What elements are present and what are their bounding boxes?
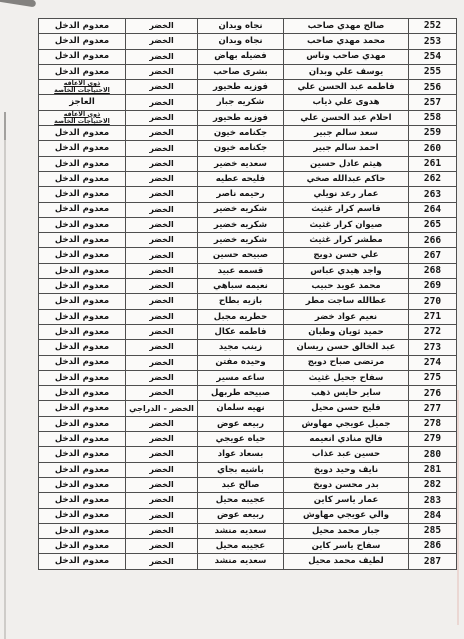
mother-name-cell: سعديه منشد: [198, 523, 284, 538]
mother-name-cell: قسمه عبيد: [198, 263, 284, 278]
serial-number-cell: 255: [409, 64, 457, 79]
status-cell: معدوم الدخل: [39, 432, 126, 447]
mother-name-cell: فاطمه عكال: [198, 324, 284, 339]
table-row: 260 احمد سالم جبير جكنامه خيون الخضر معد…: [39, 141, 457, 156]
serial-number-cell: 252: [409, 19, 457, 34]
mother-name-cell: فليحه عطيه: [198, 171, 284, 186]
region-cell: الخضر: [126, 432, 198, 447]
serial-number-cell: 259: [409, 126, 457, 141]
region-cell: الخضر: [126, 156, 198, 171]
mother-name-cell: حياه عويجي: [198, 432, 284, 447]
table-row: 271 نعيم عواد خضر حطريه مجبل الخضر معدوم…: [39, 309, 457, 324]
table-row: 264 قاسم كرار غثيث شكريه خضير الخضر معدو…: [39, 202, 457, 217]
status-cell: معدوم الدخل: [39, 477, 126, 492]
region-cell: الخضر: [126, 477, 198, 492]
table-row: 286 سفاح ياسر كاين عجيبه محيل الخضر معدو…: [39, 539, 457, 554]
region-cell: الخضر: [126, 19, 198, 34]
table-row: 277 فليح حسن محيل نهيه سلمان الخضر - الد…: [39, 401, 457, 416]
status-cell: معدوم الدخل: [39, 34, 126, 49]
table-row: 283 عمار ياسر كاين عجيبه محيل الخضر معدو…: [39, 493, 457, 508]
serial-number-cell: 266: [409, 233, 457, 248]
mother-name-cell: صبيحه حسين: [198, 248, 284, 263]
status-cell: معدوم الدخل: [39, 462, 126, 477]
serial-number-cell: 269: [409, 279, 457, 294]
mother-name-cell: جكنامه خيون: [198, 141, 284, 156]
serial-number-cell: 287: [409, 554, 457, 569]
person-name-cell: علي حسن دويج: [284, 248, 409, 263]
person-name-cell: سعد سالم جبير: [284, 126, 409, 141]
status-cell: معدوم الدخل: [39, 493, 126, 508]
person-name-cell: مرتضى صباح دويج: [284, 355, 409, 370]
serial-number-cell: 271: [409, 309, 457, 324]
mother-name-cell: شكريه خضير: [198, 217, 284, 232]
scan-edge-artifact-left: [4, 112, 6, 639]
serial-number-cell: 279: [409, 432, 457, 447]
person-name-cell: مهدي صاحب وناس: [284, 49, 409, 64]
person-name-cell: جبار محمد محيل: [284, 523, 409, 538]
serial-number-cell: 284: [409, 508, 457, 523]
person-name-cell: فاطمه عبد الحسن علي: [284, 80, 409, 95]
mother-name-cell: وحيده مفتن: [198, 355, 284, 370]
mother-name-cell: نهيه سلمان: [198, 401, 284, 416]
mother-name-cell: رحيمه ناصر: [198, 187, 284, 202]
mother-name-cell: حطريه مجبل: [198, 309, 284, 324]
status-cell: معدوم الدخل: [39, 126, 126, 141]
serial-number-cell: 263: [409, 187, 457, 202]
person-name-cell: ساير حايس ذهب: [284, 386, 409, 401]
table-row: 265 صيوان كرار غثيث شكريه خضير الخضر معد…: [39, 217, 457, 232]
region-cell: الخضر: [126, 370, 198, 385]
mother-name-cell: بازيه بطاح: [198, 294, 284, 309]
region-cell: الخضر: [126, 447, 198, 462]
status-cell: معدوم الدخل: [39, 340, 126, 355]
serial-number-cell: 254: [409, 49, 457, 64]
person-name-cell: فالح منادي انعيمه: [284, 432, 409, 447]
beneficiaries-table: 252 صالح مهدي صاحب نجاه وبدان الخضر معدو…: [38, 18, 457, 570]
region-cell: الخضر: [126, 508, 198, 523]
serial-number-cell: 260: [409, 141, 457, 156]
region-cell: الخضر - الدراجي: [126, 401, 198, 416]
region-cell: الخضر: [126, 462, 198, 477]
person-name-cell: حميد ثويان وطبان: [284, 324, 409, 339]
region-cell: الخضر: [126, 416, 198, 431]
serial-number-cell: 282: [409, 477, 457, 492]
status-cell: ذوي الاعاقه الاحتياجات الخاصة: [39, 80, 126, 95]
person-name-cell: محمد مهدي صاحب: [284, 34, 409, 49]
status-cell: معدوم الدخل: [39, 370, 126, 385]
serial-number-cell: 256: [409, 80, 457, 95]
person-name-cell: مطشر كرار غثيث: [284, 233, 409, 248]
person-name-cell: سفاح جحيل غثيث: [284, 370, 409, 385]
region-cell: الخضر: [126, 80, 198, 95]
status-cell: معدوم الدخل: [39, 187, 126, 202]
person-name-cell: قاسم كرار غثيث: [284, 202, 409, 217]
table-row: 262 حاكم عبدالله صخي فليحه عطيه الخضر مع…: [39, 171, 457, 186]
person-name-cell: عطالله ساجت مطر: [284, 294, 409, 309]
status-cell: معدوم الدخل: [39, 141, 126, 156]
region-cell: الخضر: [126, 171, 198, 186]
table-row: 268 واجد هيدي عباس قسمه عبيد الخضر معدوم…: [39, 263, 457, 278]
mother-name-cell: نجاه وبدان: [198, 19, 284, 34]
region-cell: الخضر: [126, 248, 198, 263]
status-cell: معدوم الدخل: [39, 294, 126, 309]
table-row: 269 محمد عويد حبيب نعيمه سباهي الخضر معد…: [39, 279, 457, 294]
person-name-cell: يوسف علي وبدان: [284, 64, 409, 79]
mother-name-cell: شكريه خضير: [198, 202, 284, 217]
table-row: 256 فاطمه عبد الحسن علي فوزيه طحيور الخض…: [39, 80, 457, 95]
table-row: 270 عطالله ساجت مطر بازيه بطاح الخضر معد…: [39, 294, 457, 309]
serial-number-cell: 270: [409, 294, 457, 309]
table-row: 279 فالح منادي انعيمه حياه عويجي الخضر م…: [39, 432, 457, 447]
region-cell: الخضر: [126, 324, 198, 339]
table-row: 261 هيثم عادل حسين سعديه خضير الخضر معدو…: [39, 156, 457, 171]
table-row: 263 عمار رعد نويلي رحيمه ناصر الخضر معدو…: [39, 187, 457, 202]
serial-number-cell: 264: [409, 202, 457, 217]
person-name-cell: واجد هيدي عباس: [284, 263, 409, 278]
mother-name-cell: ربيعه عوض: [198, 508, 284, 523]
region-cell: الخضر: [126, 355, 198, 370]
status-cell: العاجز: [39, 95, 126, 110]
person-name-cell: محمد عويد حبيب: [284, 279, 409, 294]
region-cell: الخضر: [126, 141, 198, 156]
table-row: 273 عبد الخالق حسن ريسان زينب مجيد الخضر…: [39, 340, 457, 355]
region-cell: الخضر: [126, 95, 198, 110]
mother-name-cell: بسعاد عواد: [198, 447, 284, 462]
person-name-cell: فليح حسن محيل: [284, 401, 409, 416]
table-row: 281 نايف وحيد دويخ باشيه بجاي الخضر معدو…: [39, 462, 457, 477]
table-row: 275 سفاح جحيل غثيث ساعه مسير الخضر معدوم…: [39, 370, 457, 385]
person-name-cell: نعيم عواد خضر: [284, 309, 409, 324]
serial-number-cell: 253: [409, 34, 457, 49]
scan-edge-artifact-top-left: [0, 0, 36, 7]
table-row: 266 مطشر كرار غثيث شكريه خضير الخضر معدو…: [39, 233, 457, 248]
status-cell: معدوم الدخل: [39, 447, 126, 462]
status-cell: معدوم الدخل: [39, 508, 126, 523]
mother-name-cell: ساعه مسير: [198, 370, 284, 385]
mother-name-cell: فوزيه طحيور: [198, 80, 284, 95]
serial-number-cell: 281: [409, 462, 457, 477]
table-row: 272 حميد ثويان وطبان فاطمه عكال الخضر مع…: [39, 324, 457, 339]
status-cell: معدوم الدخل: [39, 416, 126, 431]
person-name-cell: احلام عبد الحسن علي: [284, 110, 409, 125]
serial-number-cell: 261: [409, 156, 457, 171]
table-row: 257 هدوى علي ذياب شكريه جبار الخضر العاج…: [39, 95, 457, 110]
serial-number-cell: 257: [409, 95, 457, 110]
region-cell: الخضر: [126, 126, 198, 141]
status-cell: معدوم الدخل: [39, 156, 126, 171]
mother-name-cell: سعديه منشد: [198, 554, 284, 569]
mother-name-cell: سعديه خضير: [198, 156, 284, 171]
person-name-cell: حسين عبد عذاب: [284, 447, 409, 462]
region-cell: الخضر: [126, 110, 198, 125]
person-name-cell: هيثم عادل حسين: [284, 156, 409, 171]
status-cell: معدوم الدخل: [39, 263, 126, 278]
status-cell: معدوم الدخل: [39, 523, 126, 538]
region-cell: الخضر: [126, 279, 198, 294]
scan-edge-artifact-right: [457, 390, 459, 625]
region-cell: الخضر: [126, 263, 198, 278]
status-cell: معدوم الدخل: [39, 554, 126, 569]
table-row: 274 مرتضى صباح دويج وحيده مفتن الخضر معد…: [39, 355, 457, 370]
person-name-cell: لطيف محمد محيل: [284, 554, 409, 569]
serial-number-cell: 265: [409, 217, 457, 232]
serial-number-cell: 280: [409, 447, 457, 462]
serial-number-cell: 262: [409, 171, 457, 186]
person-name-cell: عمار ياسر كاين: [284, 493, 409, 508]
mother-name-cell: فضيله بهاض: [198, 49, 284, 64]
serial-number-cell: 272: [409, 324, 457, 339]
serial-number-cell: 258: [409, 110, 457, 125]
serial-number-cell: 273: [409, 340, 457, 355]
mother-name-cell: جكنامه خيون: [198, 126, 284, 141]
region-cell: الخضر: [126, 309, 198, 324]
region-cell: الخضر: [126, 233, 198, 248]
person-name-cell: هدوى علي ذياب: [284, 95, 409, 110]
region-cell: الخضر: [126, 217, 198, 232]
mother-name-cell: صبيحه طربهل: [198, 386, 284, 401]
mother-name-cell: شكريه خضير: [198, 233, 284, 248]
status-cell: معدوم الدخل: [39, 355, 126, 370]
mother-name-cell: صالح عبد: [198, 477, 284, 492]
serial-number-cell: 268: [409, 263, 457, 278]
status-cell: معدوم الدخل: [39, 64, 126, 79]
region-cell: الخضر: [126, 386, 198, 401]
serial-number-cell: 278: [409, 416, 457, 431]
person-name-cell: عمار رعد نويلي: [284, 187, 409, 202]
status-cell: معدوم الدخل: [39, 171, 126, 186]
region-cell: الخضر: [126, 493, 198, 508]
mother-name-cell: ربيعه عوض: [198, 416, 284, 431]
table-row: 253 محمد مهدي صاحب نجاه وبدان الخضر معدو…: [39, 34, 457, 49]
status-cell: معدوم الدخل: [39, 539, 126, 554]
status-cell: معدوم الدخل: [39, 19, 126, 34]
table-row: 254 مهدي صاحب وناس فضيله بهاض الخضر معدو…: [39, 49, 457, 64]
table-row: 255 يوسف علي وبدان بشرى صاحب الخضر معدوم…: [39, 64, 457, 79]
table-row: 284 والي عويجي مهاوش ربيعه عوض الخضر معد…: [39, 508, 457, 523]
status-cell: ذوي الاعاقه الاحتياجات الخاصة: [39, 110, 126, 125]
person-name-cell: والي عويجي مهاوش: [284, 508, 409, 523]
scanned-document-page: 252 صالح مهدي صاحب نجاه وبدان الخضر معدو…: [0, 0, 464, 639]
mother-name-cell: نجاه وبدان: [198, 34, 284, 49]
table-row: 285 جبار محمد محيل سعديه منشد الخضر معدو…: [39, 523, 457, 538]
person-name-cell: جميل عويجي مهاوش: [284, 416, 409, 431]
serial-number-cell: 274: [409, 355, 457, 370]
mother-name-cell: عجيبه محيل: [198, 539, 284, 554]
serial-number-cell: 267: [409, 248, 457, 263]
person-name-cell: حاكم عبدالله صخي: [284, 171, 409, 186]
person-name-cell: صيوان كرار غثيث: [284, 217, 409, 232]
table-row: 278 جميل عويجي مهاوش ربيعه عوض الخضر معد…: [39, 416, 457, 431]
table-row: 282 بدر محسن دويخ صالح عبد الخضر معدوم ا…: [39, 477, 457, 492]
person-name-cell: صالح مهدي صاحب: [284, 19, 409, 34]
table-row: 258 احلام عبد الحسن علي فوزيه طحيور الخض…: [39, 110, 457, 125]
region-cell: الخضر: [126, 523, 198, 538]
region-cell: الخضر: [126, 34, 198, 49]
person-name-cell: بدر محسن دويخ: [284, 477, 409, 492]
table-row: 280 حسين عبد عذاب بسعاد عواد الخضر معدوم…: [39, 447, 457, 462]
serial-number-cell: 277: [409, 401, 457, 416]
table-row: 252 صالح مهدي صاحب نجاه وبدان الخضر معدو…: [39, 19, 457, 34]
mother-name-cell: فوزيه طحيور: [198, 110, 284, 125]
status-cell: معدوم الدخل: [39, 233, 126, 248]
status-cell: معدوم الدخل: [39, 49, 126, 64]
serial-number-cell: 285: [409, 523, 457, 538]
region-cell: الخضر: [126, 187, 198, 202]
status-cell: معدوم الدخل: [39, 386, 126, 401]
serial-number-cell: 275: [409, 370, 457, 385]
mother-name-cell: نعيمه سباهي: [198, 279, 284, 294]
serial-number-cell: 276: [409, 386, 457, 401]
table-row: 276 ساير حايس ذهب صبيحه طربهل الخضر معدو…: [39, 386, 457, 401]
region-cell: الخضر: [126, 294, 198, 309]
table-row: 267 علي حسن دويج صبيحه حسين الخضر معدوم …: [39, 248, 457, 263]
status-cell: معدوم الدخل: [39, 279, 126, 294]
table-row: 287 لطيف محمد محيل سعديه منشد الخضر معدو…: [39, 554, 457, 569]
records-table-body: 252 صالح مهدي صاحب نجاه وبدان الخضر معدو…: [39, 19, 457, 570]
person-name-cell: سفاح ياسر كاين: [284, 539, 409, 554]
status-cell: معدوم الدخل: [39, 309, 126, 324]
serial-number-cell: 286: [409, 539, 457, 554]
mother-name-cell: بشرى صاحب: [198, 64, 284, 79]
region-cell: الخضر: [126, 64, 198, 79]
status-cell: معدوم الدخل: [39, 217, 126, 232]
mother-name-cell: شكريه جبار: [198, 95, 284, 110]
person-name-cell: احمد سالم جبير: [284, 141, 409, 156]
region-cell: الخضر: [126, 539, 198, 554]
table-row: 259 سعد سالم جبير جكنامه خيون الخضر معدو…: [39, 126, 457, 141]
status-cell: معدوم الدخل: [39, 202, 126, 217]
mother-name-cell: زينب مجيد: [198, 340, 284, 355]
status-cell: معدوم الدخل: [39, 401, 126, 416]
status-cell: معدوم الدخل: [39, 248, 126, 263]
mother-name-cell: عجيبه محيل: [198, 493, 284, 508]
region-cell: الخضر: [126, 202, 198, 217]
region-cell: الخضر: [126, 554, 198, 569]
status-cell: معدوم الدخل: [39, 324, 126, 339]
person-name-cell: نايف وحيد دويخ: [284, 462, 409, 477]
serial-number-cell: 283: [409, 493, 457, 508]
person-name-cell: عبد الخالق حسن ريسان: [284, 340, 409, 355]
region-cell: الخضر: [126, 49, 198, 64]
region-cell: الخضر: [126, 340, 198, 355]
mother-name-cell: باشيه بجاي: [198, 462, 284, 477]
